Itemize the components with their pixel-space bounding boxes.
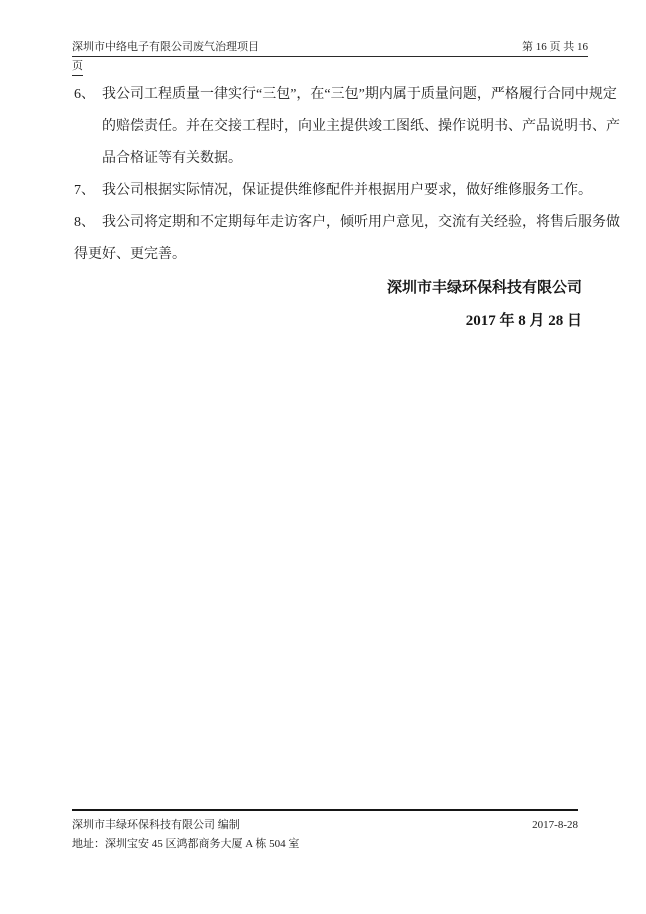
list-item-line: 的赔偿责任。并在交接工程时，向业主提供竣工图纸、操作说明书、产品说明书、产	[102, 111, 582, 143]
signature-company: 深圳市丰绿环保科技有限公司	[74, 272, 582, 305]
list-item-7: 7、 我公司根据实际情况，保证提供维修配件并根据用户要求，做好维修服务工作。	[74, 175, 582, 207]
list-item-line: 我公司将定期和不定期每年走访客户，倾听用户意见，交流有关经验，将售后服务做	[102, 207, 582, 239]
list-item-number: 6、	[74, 79, 95, 111]
signature-block: 深圳市丰绿环保科技有限公司 2017 年 8 月 28 日	[74, 272, 582, 338]
signature-date: 2017 年 8 月 28 日	[74, 305, 582, 338]
header-row: 深圳市中络电子有限公司废气治理项目 第 16 页 共 16	[72, 40, 588, 57]
list-item-line: 我公司工程质量一律实行“三包”，在“三包”期内属于质量问题，严格履行合同中规定	[102, 79, 582, 111]
list-item-8: 8、 我公司将定期和不定期每年走访客户，倾听用户意见，交流有关经验，将售后服务做…	[74, 207, 582, 271]
document-page: 深圳市中络电子有限公司废气治理项目 第 16 页 共 16 页 6、 我公司工程…	[0, 0, 646, 914]
footer-row: 深圳市丰绿环保科技有限公司 编制 2017-8-28	[72, 816, 578, 835]
page-header: 深圳市中络电子有限公司废气治理项目 第 16 页 共 16 页	[72, 40, 588, 76]
list-item-line: 我公司根据实际情况，保证提供维修配件并根据用户要求，做好维修服务工作。	[102, 175, 582, 207]
footer-date: 2017-8-28	[532, 816, 578, 835]
header-wrap-row: 页	[72, 59, 588, 76]
document-body: 6、 我公司工程质量一律实行“三包”，在“三包”期内属于质量问题，严格履行合同中…	[74, 79, 582, 338]
list-item-6: 6、 我公司工程质量一律实行“三包”，在“三包”期内属于质量问题，严格履行合同中…	[74, 79, 582, 175]
list-item-number: 7、	[74, 175, 95, 207]
list-item-number: 8、	[74, 207, 95, 239]
header-page-indicator-wrap: 页	[72, 59, 83, 76]
footer-address: 地址：深圳宝安 45 区鸿都商务大厦 A 栋 504 室	[72, 835, 578, 854]
list-item-line: 品合格证等有关数据。	[102, 143, 582, 175]
list-item-line: 得更好、更完善。	[74, 239, 582, 271]
footer-compiler: 深圳市丰绿环保科技有限公司 编制	[72, 816, 240, 835]
header-page-indicator: 第 16 页 共 16	[522, 40, 588, 54]
header-project-title: 深圳市中络电子有限公司废气治理项目	[72, 40, 259, 54]
page-footer: 深圳市丰绿环保科技有限公司 编制 2017-8-28 地址：深圳宝安 45 区鸿…	[72, 809, 578, 854]
